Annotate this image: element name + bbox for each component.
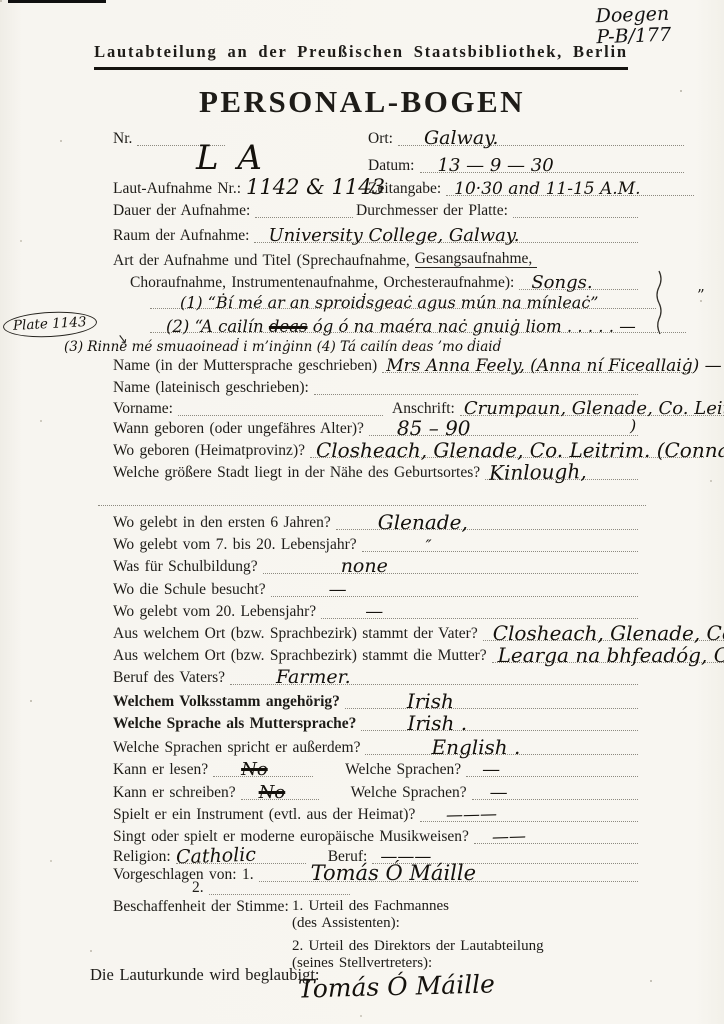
scan-edge-artifact xyxy=(8,0,106,3)
field-vorname: Vorname: xyxy=(113,397,383,416)
field-lesen-line: No xyxy=(213,763,313,777)
field-name-mutter-value: Mrs Anna Feely, (Anna ní Ficeallaiġ) — xyxy=(386,358,721,375)
field-zeitangabe: Zeitangabe: 10·30 and 11-15 A.M. xyxy=(368,177,694,196)
field-anschrift: Anschrift: Crumpaun, Glenade, Co. Leitri… xyxy=(392,397,724,416)
field-schulbildung: Was für Schulbildung? none xyxy=(113,555,638,574)
field-laut-nr: Laut-Aufnahme Nr.: 1142 & 1143 xyxy=(113,177,363,196)
field-religion-label: Religion: xyxy=(113,849,176,865)
field-durchmesser-line xyxy=(513,204,638,218)
field-schreiben-line: No xyxy=(241,786,319,800)
field-schule-besucht-line: — xyxy=(271,583,638,597)
margin-squiggle-mark xyxy=(652,270,666,336)
field-jahre6-line: Glenade, xyxy=(336,516,638,530)
song-title-1: (1) “Ḃí mé ar an sproiḋsgeaċ agus mún na… xyxy=(180,295,598,311)
field-muttersprache-value: Irish . xyxy=(407,713,467,733)
field-ort-label: Ort: xyxy=(368,131,398,147)
field-zeitangabe-line: 10·30 and 11-15 A.M. xyxy=(446,182,694,196)
field-jahre7-20-line: ″ xyxy=(362,538,638,552)
field-schreiben-value: No xyxy=(259,784,286,802)
field-instrument-label: Spielt er ein Instrument (evtl. aus der … xyxy=(113,807,420,823)
voice-judgement-1-line1: 1. Urteil des Fachmannes xyxy=(292,898,449,915)
field-beruf-vater-label: Beruf des Vaters? xyxy=(113,670,230,686)
field-name-mutter-label: Name (in der Muttersprache geschrieben) xyxy=(113,358,382,374)
field-laut-nr-label: Laut-Aufnahme Nr.: xyxy=(113,181,246,197)
field-ort-value: Galway. xyxy=(424,129,498,148)
field-musikweisen-value: —— xyxy=(492,828,527,846)
field-art-line1: Art der Aufnahme und Titel (Sprechaufnah… xyxy=(113,249,684,268)
field-wann-geboren-value: 85 – 90 xyxy=(397,418,471,438)
field-volksstamm-value: Irish xyxy=(407,691,454,711)
field-schreiben-sprachen-value: — xyxy=(490,784,508,802)
field-schulbildung-line: none xyxy=(263,560,638,574)
field-zeitangabe-label: Zeitangabe: xyxy=(368,181,446,197)
field-laut-nr-value: 1142 & 1143 xyxy=(246,177,385,198)
institution-header: Lautabteilung an der Preußischen Staatsb… xyxy=(94,42,628,70)
field-datum: Datum: 13 — 9 — 30 xyxy=(368,154,684,173)
field-datum-value: 13 — 9 — 30 xyxy=(438,157,554,175)
field-jahre6-label: Wo gelebt in den ersten 6 Jahren? xyxy=(113,515,336,531)
field-schreiben: Kann er schreiben? No Welche Sprachen? — xyxy=(113,781,638,800)
voice-judgement-1: 1. Urteil des Fachmannes (des Assistente… xyxy=(292,898,449,932)
field-vater-ort: Aus welchem Ort (bzw. Sprachbezirk) stam… xyxy=(113,622,724,641)
blank-ruled-line xyxy=(98,487,646,506)
field-art-label1: Art der Aufnahme und Titel (Sprechaufnah… xyxy=(113,253,415,269)
field-wann-geboren-line: 85 – 90 xyxy=(369,422,638,436)
field-instrument-line: ——— xyxy=(420,808,638,822)
field-datum-label: Datum: xyxy=(368,158,420,174)
personal-bogen-scan: Doegen P-B/177 Lautabteilung an der Preu… xyxy=(0,0,724,1024)
field-schule-besucht: Wo die Schule besucht? — xyxy=(113,578,638,597)
field-ort: Ort: Galway. xyxy=(368,127,684,146)
certification-signature: Tomás Ó Máille xyxy=(298,969,496,1003)
field-name-mutter: Name (in der Muttersprache geschrieben) … xyxy=(113,354,694,373)
field-jahre7-20: Wo gelebt vom 7. bis 20. Lebensjahr? ″ xyxy=(113,533,638,552)
field-art-label-underlined: Gesangsaufnahme, xyxy=(415,251,538,269)
song-title-1-row: (1) “Ḃí mé ar an sproiḋsgeaċ agus mún na… xyxy=(150,290,656,309)
field-instrument: Spielt er ein Instrument (evtl. aus der … xyxy=(113,803,638,822)
field-art-line: Songs. xyxy=(519,276,638,290)
field-wo-geboren: Wo geboren (Heimatprovinz)? Closheach, G… xyxy=(113,439,704,458)
field-datum-line: 13 — 9 — 30 xyxy=(420,159,685,173)
field-raum-line: University College, Galway. xyxy=(254,229,638,243)
field-schulbildung-label: Was für Schulbildung? xyxy=(113,559,263,575)
song-title-2-row: (2) “A cailín deas óg ó na maéra naċ gnu… xyxy=(150,314,686,333)
field-beruf-vater-value: Farmer. xyxy=(276,668,351,687)
song-title-1-line: (1) “Ḃí mé ar an sproiḋsgeaċ agus mún na… xyxy=(150,295,656,309)
field-nach20-value: — xyxy=(365,603,383,621)
field-musikweisen-line: —— xyxy=(474,830,638,844)
field-vorgeschlagen2-label: 2. xyxy=(192,880,209,896)
field-sprachen-ausserdem-label: Welche Sprachen spricht er außerdem? xyxy=(113,740,365,756)
field-musikweisen: Singt oder spielt er moderne europäische… xyxy=(113,825,638,844)
field-nach20-label: Wo gelebt vom 20. Lebensjahr? xyxy=(113,604,321,620)
field-schreiben-sprachen-label: Welche Sprachen? xyxy=(351,785,472,801)
field-wo-geboren-value: Closheach, Glenade, Co. Leitrim. (Connac… xyxy=(316,440,724,460)
field-stadt-label: Welche größere Stadt liegt in der Nähe d… xyxy=(113,465,485,481)
field-lesen-sprachen-line: — xyxy=(466,763,638,777)
field-schule-besucht-value: — xyxy=(329,581,347,599)
field-vater-ort-line: Closheach, Glenade, Co. Leitrim xyxy=(483,627,724,641)
field-art-label2: Choraufnahme, Instrumentenaufnahme, Orch… xyxy=(130,275,519,291)
field-sprachen-ausserdem-value: English . xyxy=(431,737,520,757)
song-title-2-post: óg ó na maéra naċ gnuiġ liom . . . . . — xyxy=(308,317,636,336)
field-lesen-sprachen-label: Welche Sprachen? xyxy=(345,762,466,778)
field-art-line2: Choraufnahme, Instrumentenaufnahme, Orch… xyxy=(130,271,638,290)
field-anschrift-value: Crumpaun, Glenade, Co. Leitrim xyxy=(464,400,724,418)
field-vater-ort-label: Aus welchem Ort (bzw. Sprachbezirk) stam… xyxy=(113,626,483,642)
field-zeitangabe-value: 10·30 and 11-15 A.M. xyxy=(454,181,640,198)
field-nach20: Wo gelebt vom 20. Lebensjahr? — xyxy=(113,600,638,619)
voice-judgement-1-line2: (des Assistenten): xyxy=(292,915,449,932)
field-vater-ort-value: Closheach, Glenade, Co. Leitrim xyxy=(493,623,724,643)
field-sprachen-ausserdem-line: English . xyxy=(365,741,638,755)
field-durchmesser-label: Durchmesser der Platte: xyxy=(356,203,513,219)
voice-judgement-2-line1: 2. Urteil des Direktors der Lautabteilun… xyxy=(292,938,544,955)
page-title: PERSONAL-BOGEN xyxy=(0,84,724,120)
plate-arrow-icon: ↘ xyxy=(116,330,129,347)
certification-label: Die Lauturkunde wird beglaubigt: xyxy=(90,966,319,983)
field-jahre7-20-value: ″ xyxy=(426,538,432,554)
field-muttersprache: Welche Sprache als Muttersprache? Irish … xyxy=(113,712,638,731)
handwritten-monogram: L A xyxy=(196,138,266,178)
field-nach20-line: — xyxy=(321,605,638,619)
field-anschrift-label: Anschrift: xyxy=(392,401,460,417)
voice-section-label: Beschaffenheit der Stimme: xyxy=(113,898,289,915)
field-jahre7-20-label: Wo gelebt vom 7. bis 20. Lebensjahr? xyxy=(113,537,362,553)
song-title-2-pre: (2) “A cailín xyxy=(166,317,269,336)
field-mutter-ort-value: Learga na bhfeadóg, Co. Leitrim xyxy=(498,645,724,665)
margin-quote-mark: ” xyxy=(697,286,705,304)
field-vorgeschlagen2: 2. xyxy=(192,876,350,895)
song-title-2: (2) “A cailín deas óg ó na maéra naċ gnu… xyxy=(166,319,636,336)
field-stadt-value: Kinlough, xyxy=(489,461,587,483)
field-vorname-line xyxy=(178,402,383,416)
field-anschrift-line: Crumpaun, Glenade, Co. Leitrim xyxy=(460,402,724,416)
field-muttersprache-label: Welche Sprache als Muttersprache? xyxy=(113,716,361,732)
field-volksstamm-label: Welchem Volksstamm angehörig? xyxy=(113,694,345,710)
field-dauer: Dauer der Aufnahme: xyxy=(113,199,353,218)
field-wann-geboren: Wann geboren (oder ungefähres Alter)? 85… xyxy=(113,417,638,436)
field-name-latein: Name (lateinisch geschrieben): xyxy=(113,376,638,395)
field-raum: Raum der Aufnahme: University College, G… xyxy=(113,224,638,243)
field-instrument-value: ——— xyxy=(446,806,497,824)
field-musikweisen-label: Singt oder spielt er moderne europäische… xyxy=(113,829,474,845)
field-schule-besucht-label: Wo die Schule besucht? xyxy=(113,582,271,598)
field-mutter-ort-line: Learga na bhfeadóg, Co. Leitrim xyxy=(492,649,724,663)
field-name-latein-line xyxy=(314,381,638,395)
field-vorgeschlagen2-line xyxy=(209,881,350,895)
field-vorname-label: Vorname: xyxy=(113,401,178,417)
field-religion-line: Catholic xyxy=(176,850,306,864)
song-title-2-line: (2) “A cailín deas óg ó na maéra naċ gnu… xyxy=(150,319,686,333)
field-raum-value: University College, Galway. xyxy=(268,227,519,245)
field-lesen-sprachen-value: — xyxy=(482,761,500,779)
field-wo-geboren-line: Closheach, Glenade, Co. Leitrim. (Connac… xyxy=(310,444,704,458)
voice-judgement-2: 2. Urteil des Direktors der Lautabteilun… xyxy=(292,938,544,972)
field-stadt-line: Kinlough, xyxy=(485,466,638,480)
field-durchmesser: Durchmesser der Platte: xyxy=(356,199,638,218)
field-volksstamm: Welchem Volksstamm angehörig? Irish xyxy=(113,690,638,709)
field-wann-geboren-label: Wann geboren (oder ungefähres Alter)? xyxy=(113,421,369,437)
blank-ruled-line-fill xyxy=(98,492,646,506)
field-sprachen-ausserdem: Welche Sprachen spricht er außerdem? Eng… xyxy=(113,736,638,755)
field-dauer-label: Dauer der Aufnahme: xyxy=(113,203,255,219)
field-volksstamm-line: Irish xyxy=(345,695,638,709)
song-title-2-struck-word: deas xyxy=(269,317,308,336)
field-ort-line: Galway. xyxy=(398,132,684,146)
field-beruf-vater-line: Farmer. xyxy=(230,671,638,685)
field-lesen: Kann er lesen? No Welche Sprachen? — xyxy=(113,758,638,777)
field-jahre6: Wo gelebt in den ersten 6 Jahren? Glenad… xyxy=(113,511,638,530)
field-wo-geboren-label: Wo geboren (Heimatprovinz)? xyxy=(113,443,310,459)
field-jahre6-value: Glenade, xyxy=(378,512,468,532)
field-stadt: Welche größere Stadt liegt in der Nähe d… xyxy=(113,461,638,480)
field-schreiben-sprachen-line: — xyxy=(472,786,638,800)
field-muttersprache-line: Irish . xyxy=(361,717,638,731)
field-mutter-ort: Aus welchem Ort (bzw. Sprachbezirk) stam… xyxy=(113,644,724,663)
voice-judgement-2-line2: (seines Stellvertreters): xyxy=(292,955,544,972)
field-raum-label: Raum der Aufnahme: xyxy=(113,228,254,244)
field-nr-label: Nr. xyxy=(113,131,137,147)
paper-specks xyxy=(0,0,2,2)
field-schulbildung-value: none xyxy=(341,557,388,576)
field-beruf-vater: Beruf des Vaters? Farmer. xyxy=(113,666,638,685)
field-name-mutter-line: Mrs Anna Feely, (Anna ní Ficeallaiġ) — xyxy=(382,359,694,373)
plate-number-annotation: Plate 1143 xyxy=(2,310,97,340)
field-lesen-value: No xyxy=(241,761,268,779)
field-mutter-ort-label: Aus welchem Ort (bzw. Sprachbezirk) stam… xyxy=(113,648,492,664)
field-lesen-label: Kann er lesen? xyxy=(113,762,213,778)
field-name-latein-label: Name (lateinisch geschrieben): xyxy=(113,380,314,396)
field-dauer-line xyxy=(255,204,353,218)
field-schreiben-label: Kann er schreiben? xyxy=(113,785,241,801)
